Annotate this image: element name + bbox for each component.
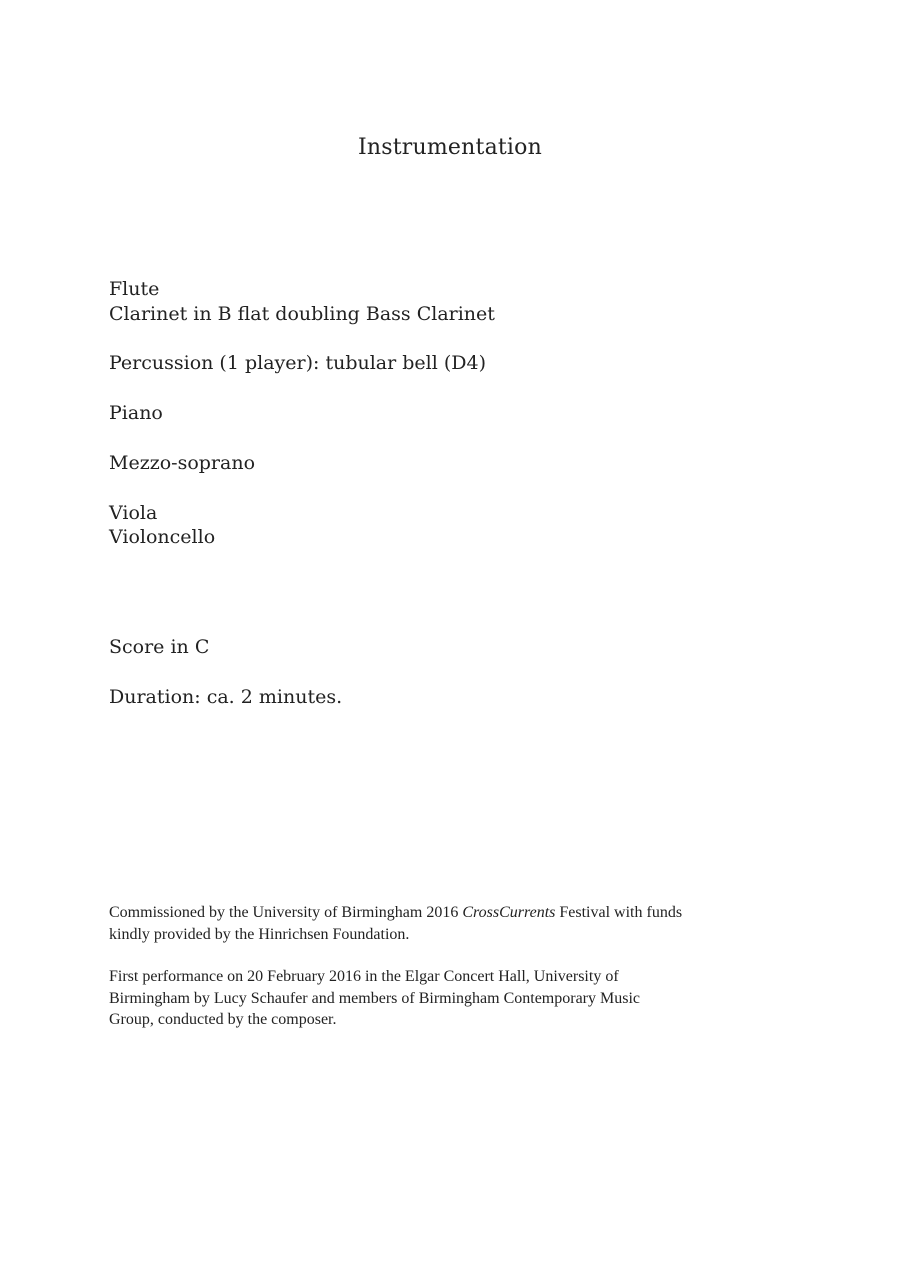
instrument-voice: Mezzo-soprano	[109, 452, 255, 474]
first-performance-line-2: Birmingham by Lucy Schaufer and members …	[109, 988, 809, 1010]
instrument-clarinet: Clarinet in B flat doubling Bass Clarine…	[109, 303, 495, 325]
duration: Duration: ca. 2 minutes.	[109, 686, 342, 708]
commission-text-3: kindly provided by the Hinrichsen Founda…	[109, 924, 809, 946]
first-performance-note: First performance on 20 February 2016 in…	[109, 966, 809, 1031]
commission-text-2: Festival with funds	[555, 904, 682, 921]
first-performance-line-1: First performance on 20 February 2016 in…	[109, 966, 809, 988]
commission-text-1: Commissioned by the University of Birmin…	[109, 904, 462, 921]
instrument-viola: Viola	[109, 502, 157, 524]
instrument-piano: Piano	[109, 402, 163, 424]
instrument-flute: Flute	[109, 278, 159, 300]
instrument-cello: Violoncello	[109, 526, 215, 548]
instrument-percussion: Percussion (1 player): tubular bell (D4)	[109, 352, 486, 374]
page-title: Instrumentation	[0, 135, 900, 160]
festival-name: CrossCurrents	[462, 904, 555, 921]
score-note: Score in C	[109, 636, 209, 658]
first-performance-line-3: Group, conducted by the composer.	[109, 1009, 809, 1031]
commission-note: Commissioned by the University of Birmin…	[109, 902, 809, 945]
